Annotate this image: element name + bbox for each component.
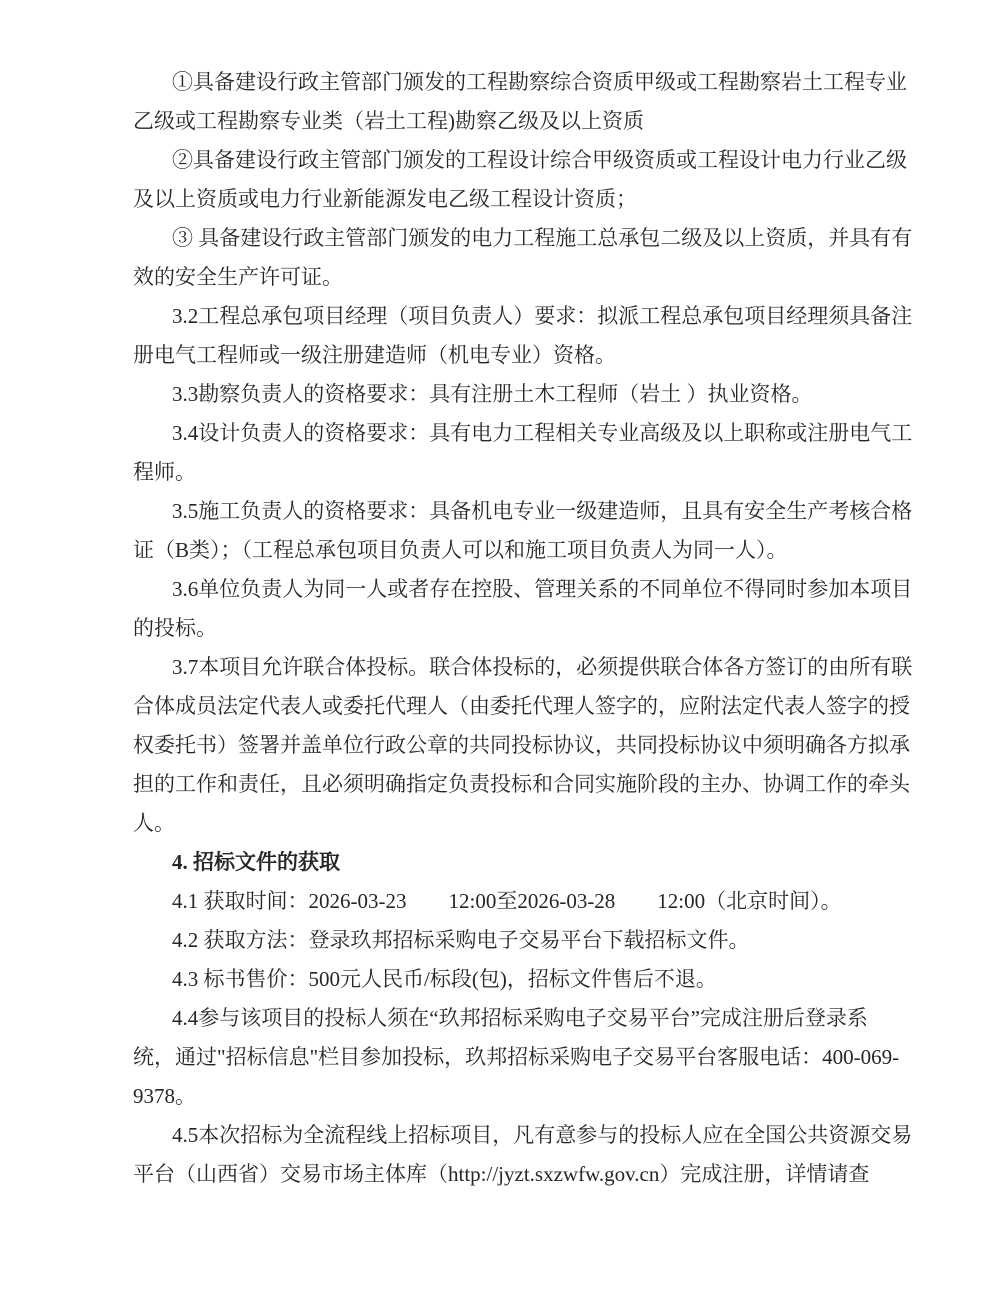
text-line: 3.6单位负责人为同一人或者存在控股、管理关系的不同单位不得同时参加本项目 <box>133 570 878 609</box>
document-page: ①具备建设行政主管部门颁发的工程勘察综合资质甲级或工程勘察岩土工程专业 乙级或工… <box>0 0 1000 1294</box>
text-line: 册电气工程师或一级注册建造师（机电专业）资格。 <box>133 336 878 375</box>
text-line: 效的安全生产许可证。 <box>133 258 878 297</box>
text-line: 4.4参与该项目的投标人须在“玖邦招标采购电子交易平台”完成注册后登录系 <box>133 999 878 1038</box>
text-line: 统，通过"招标信息"栏目参加投标，玖邦招标采购电子交易平台客服电话：400-06… <box>133 1038 878 1077</box>
text-line: 合体成员法定代表人或委托代理人（由委托代理人签字的，应附法定代表人签字的授 <box>133 687 878 726</box>
text-line: ②具备建设行政主管部门颁发的工程设计综合甲级资质或工程设计电力行业乙级 <box>133 141 878 180</box>
text-line: 4.5本次招标为全流程线上招标项目，凡有意参与的投标人应在全国公共资源交易 <box>133 1116 878 1155</box>
text-line: 权委托书）签署并盖单位行政公章的共同投标协议，共同投标协议中须明确各方拟承 <box>133 726 878 765</box>
text-line: ①具备建设行政主管部门颁发的工程勘察综合资质甲级或工程勘察岩土工程专业 <box>133 63 878 102</box>
text-line: 的投标。 <box>133 609 878 648</box>
text-line: 平台（山西省）交易市场主体库（http://jyzt.sxzwfw.gov.cn… <box>133 1155 878 1194</box>
text-line: 及以上资质或电力行业新能源发电乙级工程设计资质； <box>133 180 878 219</box>
text-line: 人。 <box>133 804 878 843</box>
section-heading: 4. 招标文件的获取 <box>133 843 878 882</box>
text-line: 3.4设计负责人的资格要求：具有电力工程相关专业高级及以上职称或注册电气工 <box>133 414 878 453</box>
text-line: 3.3勘察负责人的资格要求：具有注册土木工程师（岩土 ）执业资格。 <box>133 375 878 414</box>
text-line: 3.7本项目允许联合体投标。联合体投标的，必须提供联合体各方签订的由所有联 <box>133 648 878 687</box>
text-line: 4.3 标书售价：500元人民币/标段(包)，招标文件售后不退。 <box>133 960 878 999</box>
text-line: ③ 具备建设行政主管部门颁发的电力工程施工总承包二级及以上资质，并具有有 <box>133 219 878 258</box>
text-line: 乙级或工程勘察专业类（岩土工程)勘察乙级及以上资质 <box>133 102 878 141</box>
text-line: 3.2工程总承包项目经理（项目负责人）要求：拟派工程总承包项目经理须具备注 <box>133 297 878 336</box>
text-line: 证（B类）；（工程总承包项目负责人可以和施工项目负责人为同一人）。 <box>133 531 878 570</box>
text-line: 4.1 获取时间：2026-03-23 12:00至2026-03-28 12:… <box>133 882 878 921</box>
text-line: 4.2 获取方法：登录玖邦招标采购电子交易平台下载招标文件。 <box>133 921 878 960</box>
text-line: 担的工作和责任，且必须明确指定负责投标和合同实施阶段的主办、协调工作的牵头 <box>133 765 878 804</box>
text-line: 9378。 <box>133 1077 878 1116</box>
text-line: 3.5施工负责人的资格要求：具备机电专业一级建造师，且具有安全生产考核合格 <box>133 492 878 531</box>
text-line: 程师。 <box>133 453 878 492</box>
document-body: ①具备建设行政主管部门颁发的工程勘察综合资质甲级或工程勘察岩土工程专业 乙级或工… <box>133 63 878 1194</box>
